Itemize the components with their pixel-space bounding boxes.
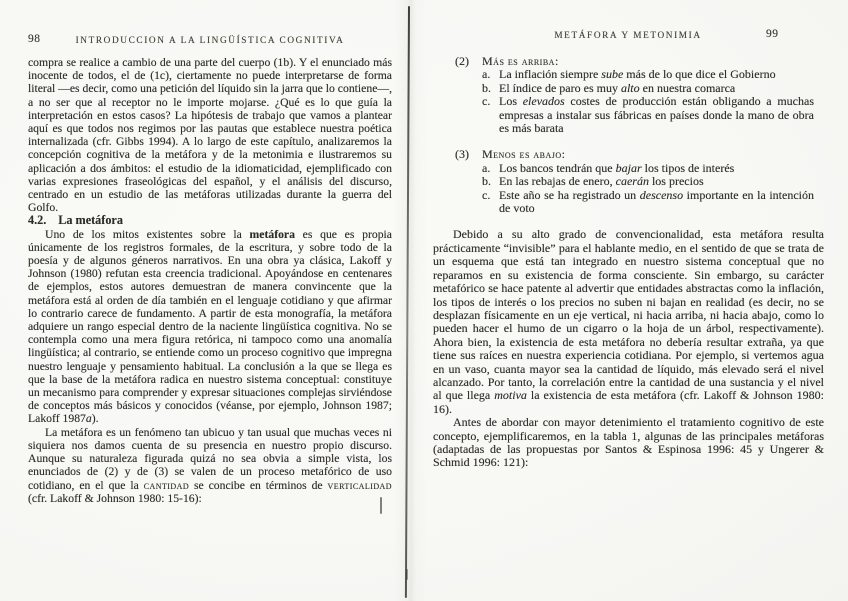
- example-2-item-b: b. El índice de paro es muy alto en nues…: [433, 82, 824, 95]
- left-running-header: INTRODUCCION A LA LINGÜÍSTICA COGNITIVA: [28, 36, 392, 46]
- section-title: La metáfora: [58, 213, 123, 227]
- item-text: En las rebajas de enero, caerán los prec…: [499, 175, 824, 188]
- paragraph-table-intro: Antes de abordar con mayor detenimiento …: [433, 416, 824, 470]
- example-3-heading: (3) Menos es abajo:: [433, 148, 824, 161]
- right-page-number: 99: [766, 28, 779, 40]
- paragraph-metaphor-myth: Uno de los mitos existentes sobre la met…: [28, 228, 392, 426]
- example-block-3: (3) Menos es abajo: a. Los bancos tendrá…: [433, 148, 824, 215]
- example-3-label: Menos es abajo:: [482, 148, 566, 161]
- item-letter: c.: [482, 95, 499, 135]
- example-2-heading: (2) Más es arriba:: [433, 55, 824, 68]
- left-page: 98 INTRODUCCION A LA LINGÜÍSTICA COGNITI…: [0, 0, 409, 601]
- ink-artifact: [406, 569, 408, 580]
- example-2-item-a: a. La inflación siempre sube más de lo q…: [433, 68, 824, 81]
- example-2-number: (2): [455, 55, 482, 68]
- item-text: La inflación siempre sube más de lo que …: [499, 68, 824, 81]
- example-2-label: Más es arriba:: [482, 55, 559, 68]
- item-text: El índice de paro es muy alto en nuestra…: [499, 82, 824, 95]
- section-number: 4.2.: [28, 213, 46, 227]
- item-letter: a.: [482, 68, 499, 81]
- page-gutter-shade: [394, 0, 428, 601]
- paragraph-conventionality: Debido a su alto grado de convencionalid…: [433, 228, 824, 416]
- item-text: Los bancos tendrán que bajar los tipos d…: [499, 162, 824, 175]
- example-2-item-c: c. Los elevados costes de producción est…: [433, 95, 824, 135]
- example-block-2: (2) Más es arriba: a. La inflación siemp…: [433, 55, 824, 135]
- item-letter: a.: [482, 162, 499, 175]
- example-3-item-a: a. Los bancos tendrán que bajar los tipo…: [433, 162, 824, 175]
- left-page-body: compra se realice a cambio de una parte …: [28, 56, 392, 505]
- right-page: METÁFORA Y METONIMIA 99 (2) Más es arrib…: [409, 0, 848, 601]
- example-3-item-b: b. En las rebajas de enero, caerán los p…: [433, 175, 824, 188]
- item-text: Este año se ha registrado un descenso im…: [499, 189, 824, 216]
- book-spread-scan: 98 INTRODUCCION A LA LINGÜÍSTICA COGNITI…: [0, 0, 848, 601]
- right-running-header: METÁFORA Y METONIMIA: [433, 31, 823, 41]
- item-letter: b.: [482, 82, 499, 95]
- example-3-item-c: c. Este año se ha registrado un descenso…: [433, 189, 824, 216]
- example-3-number: (3): [455, 148, 482, 161]
- item-text: Los elevados costes de producción están …: [499, 95, 824, 135]
- right-page-body: (2) Más es arriba: a. La inflación siemp…: [433, 55, 824, 470]
- paragraph-metaphor-ubiquity: La metáfora es un fenómeno tan ubicuo y …: [28, 426, 392, 505]
- item-letter: b.: [482, 175, 499, 188]
- section-heading: 4.2.La metáfora: [28, 214, 392, 227]
- paragraph-continued-from-previous-page: compra se realice a cambio de una parte …: [28, 56, 392, 214]
- ink-artifact: [380, 497, 382, 514]
- item-letter: c.: [482, 189, 499, 216]
